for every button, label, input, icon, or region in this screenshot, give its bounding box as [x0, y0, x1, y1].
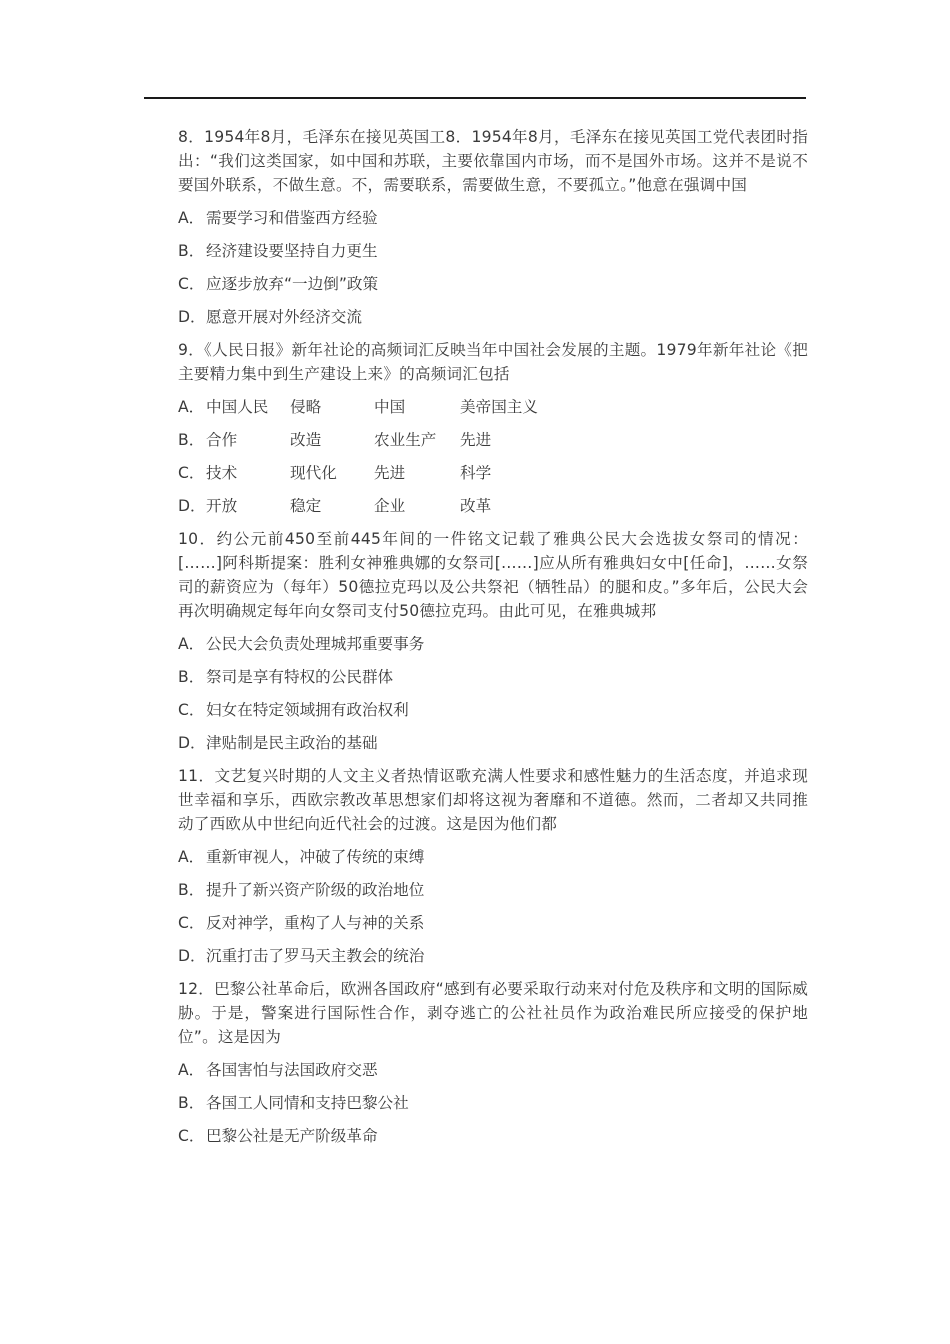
term-list: 技术现代化先进科学 — [206, 461, 491, 485]
option-letter: B． — [178, 239, 206, 263]
option-letter: C． — [178, 1124, 206, 1148]
term: 中国 — [374, 395, 460, 419]
term: 中国人民 — [206, 395, 290, 419]
option-c[interactable]: C．技术现代化先进科学 — [178, 461, 808, 485]
option-text: 反对神学，重构了人与神的关系 — [206, 914, 424, 932]
option-a[interactable]: A．各国害怕与法国政府交恶 — [178, 1058, 808, 1082]
option-text: 巴黎公社是无产阶级革命 — [206, 1127, 378, 1145]
option-letter: A． — [178, 395, 206, 419]
term: 科学 — [460, 461, 491, 485]
option-letter: C． — [178, 911, 206, 935]
option-letter: C． — [178, 698, 206, 722]
option-text: 愿意开展对外经济交流 — [206, 308, 362, 326]
question-stem: 9．《人民日报》新年社论的高频词汇反映当年中国社会发展的主题。1979年新年社论… — [178, 338, 808, 386]
option-c[interactable]: C．反对神学，重构了人与神的关系 — [178, 911, 808, 935]
option-b[interactable]: B．经济建设要坚持自力更生 — [178, 239, 808, 263]
term: 改造 — [290, 428, 374, 452]
option-letter: A． — [178, 206, 206, 230]
term-list: 开放稳定企业改革 — [206, 494, 491, 518]
term-list: 合作改造农业生产先进 — [206, 428, 491, 452]
option-text: 经济建设要坚持自力更生 — [206, 242, 378, 260]
term: 现代化 — [290, 461, 374, 485]
option-letter: D． — [178, 494, 206, 518]
option-letter: B． — [178, 878, 206, 902]
term: 开放 — [206, 494, 290, 518]
term: 侵略 — [290, 395, 374, 419]
option-c[interactable]: C．巴黎公社是无产阶级革命 — [178, 1124, 808, 1148]
option-b[interactable]: B．祭司是享有特权的公民群体 — [178, 665, 808, 689]
option-letter: B． — [178, 665, 206, 689]
question-10: 10．约公元前450至前445年间的一件铭文记载了雅典公民大会选拔女祭司的情况：… — [178, 527, 808, 755]
option-text: 提升了新兴资产阶级的政治地位 — [206, 881, 424, 899]
option-text: 应逐步放弃“一边倒”政策 — [206, 275, 378, 293]
option-d[interactable]: D．愿意开展对外经济交流 — [178, 305, 808, 329]
term: 技术 — [206, 461, 290, 485]
option-text: 沉重打击了罗马天主教会的统治 — [206, 947, 424, 965]
term: 美帝国主义 — [460, 395, 538, 419]
option-c[interactable]: C．妇女在特定领域拥有政治权利 — [178, 698, 808, 722]
option-letter: A． — [178, 1058, 206, 1082]
option-letter: C． — [178, 461, 206, 485]
option-text: 各国害怕与法国政府交恶 — [206, 1061, 378, 1079]
document-page: 8．1954年8月，毛泽东在接见英国工8．1954年8月，毛泽东在接见英国工党代… — [0, 0, 950, 1344]
option-letter: B． — [178, 1091, 206, 1115]
term-list: 中国人民侵略中国美帝国主义 — [206, 395, 538, 419]
option-a[interactable]: A．公民大会负责处理城邦重要事务 — [178, 632, 808, 656]
option-letter: A． — [178, 632, 206, 656]
option-c[interactable]: C．应逐步放弃“一边倒”政策 — [178, 272, 808, 296]
option-letter: A． — [178, 845, 206, 869]
term: 合作 — [206, 428, 290, 452]
option-text: 各国工人同情和支持巴黎公社 — [206, 1094, 409, 1112]
question-stem: 8．1954年8月，毛泽东在接见英国工8．1954年8月，毛泽东在接见英国工党代… — [178, 125, 808, 197]
question-stem: 11．文艺复兴时期的人文主义者热情讴歌充满人性要求和感性魅力的生活态度，并追求现… — [178, 764, 808, 836]
option-text: 公民大会负责处理城邦重要事务 — [206, 635, 424, 653]
option-text: 津贴制是民主政治的基础 — [206, 734, 378, 752]
option-text: 祭司是享有特权的公民群体 — [206, 668, 393, 686]
option-d[interactable]: D．沉重打击了罗马天主教会的统治 — [178, 944, 808, 968]
question-stem: 10．约公元前450至前445年间的一件铭文记载了雅典公民大会选拔女祭司的情况：… — [178, 527, 808, 623]
question-9: 9．《人民日报》新年社论的高频词汇反映当年中国社会发展的主题。1979年新年社论… — [178, 338, 808, 518]
option-d[interactable]: D．开放稳定企业改革 — [178, 494, 808, 518]
question-stem: 12．巴黎公社革命后，欧洲各国政府“感到有必要采取行动来对付危及秩序和文明的国际… — [178, 977, 808, 1049]
option-d[interactable]: D．津贴制是民主政治的基础 — [178, 731, 808, 755]
term: 企业 — [374, 494, 460, 518]
question-list: 8．1954年8月，毛泽东在接见英国工8．1954年8月，毛泽东在接见英国工党代… — [178, 125, 808, 1157]
option-text: 重新审视人，冲破了传统的束缚 — [206, 848, 424, 866]
term: 稳定 — [290, 494, 374, 518]
question-12: 12．巴黎公社革命后，欧洲各国政府“感到有必要采取行动来对付危及秩序和文明的国际… — [178, 977, 808, 1148]
option-b[interactable]: B．各国工人同情和支持巴黎公社 — [178, 1091, 808, 1115]
term: 先进 — [374, 461, 460, 485]
option-letter: C． — [178, 272, 206, 296]
question-11: 11．文艺复兴时期的人文主义者热情讴歌充满人性要求和感性魅力的生活态度，并追求现… — [178, 764, 808, 968]
option-text: 需要学习和借鉴西方经验 — [206, 209, 378, 227]
term: 改革 — [460, 494, 491, 518]
option-a[interactable]: A．需要学习和借鉴西方经验 — [178, 206, 808, 230]
option-letter: D． — [178, 731, 206, 755]
header-rule — [144, 97, 806, 99]
question-8: 8．1954年8月，毛泽东在接见英国工8．1954年8月，毛泽东在接见英国工党代… — [178, 125, 808, 329]
option-b[interactable]: B．合作改造农业生产先进 — [178, 428, 808, 452]
option-a[interactable]: A．重新审视人，冲破了传统的束缚 — [178, 845, 808, 869]
option-a[interactable]: A．中国人民侵略中国美帝国主义 — [178, 395, 808, 419]
term: 先进 — [460, 428, 491, 452]
option-text: 妇女在特定领域拥有政治权利 — [206, 701, 409, 719]
option-letter: B． — [178, 428, 206, 452]
option-letter: D． — [178, 944, 206, 968]
option-b[interactable]: B．提升了新兴资产阶级的政治地位 — [178, 878, 808, 902]
term: 农业生产 — [374, 428, 460, 452]
option-letter: D． — [178, 305, 206, 329]
